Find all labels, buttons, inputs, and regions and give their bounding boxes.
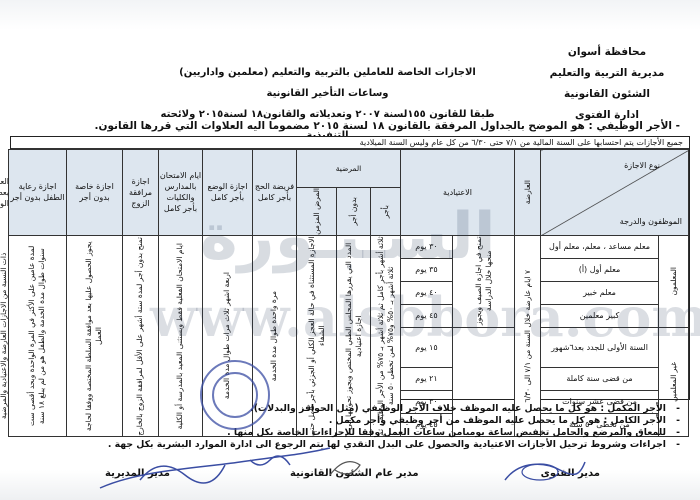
issuer-header: محافظة أسوان مديرية التربية والتعليم الش…	[542, 42, 672, 126]
legal-gm-signature-scribble-icon	[320, 430, 370, 490]
document-page: محافظة أسوان مديرية التربية والتعليم الش…	[0, 0, 700, 500]
grade-cell: معلم مساعد ، معلم، معلم أول	[541, 235, 659, 258]
header-sick-paid: بأجر	[371, 188, 401, 236]
leave-type-label: نوع الاجازة	[624, 160, 660, 171]
employees-grade-label: الموظفون والدرجة	[620, 216, 682, 227]
leave-grid: نوع الاجازة الموظفون والدرجة العارضة الا…	[8, 149, 689, 437]
header-spouse: اجازة مرافقة الزوج	[122, 150, 158, 236]
grade-cell: معلم خبير	[541, 281, 659, 304]
table-row: المعلمون معلم مساعد ، معلم، معلم أول ٧ ا…	[8, 235, 688, 258]
note-item: للمعاق والمرضع والحامل تخفيض ساعة يوميام…	[140, 427, 680, 439]
title-line-1: الاجازات الخاصة للعاملين بالتربية والتعل…	[160, 62, 495, 104]
header-childcare: اجازة رعاية الطفل بدون أجر	[8, 150, 66, 236]
header-sick-unpaid: بدون أجر	[337, 188, 371, 236]
regular-note-cell: تمنح في اجازة الصيف ويجوز منحها خلال الد…	[453, 235, 515, 327]
fatwa-signature-scribble-icon	[500, 450, 590, 495]
days-cell: ٣٠ يوم	[401, 235, 453, 258]
days-cell: ١٥ يوم	[401, 327, 453, 367]
header-sick-group: المرضية	[296, 150, 400, 188]
days-cell: ٤٠ يوم	[401, 281, 453, 304]
group-teachers: المعلمون	[659, 235, 689, 327]
table-banner: جميع الأجازات يتم احتسابها على السنة الم…	[11, 137, 689, 149]
days-cell: ٤٥ يوم	[401, 304, 453, 327]
directorate-name: مديرية التربية والتعليم	[542, 63, 672, 84]
header-exams: ايام الامتحان بالمدارس والكليات بأجر كام…	[158, 150, 202, 236]
grade-cell: كبير معلمين	[541, 304, 659, 327]
diagonal-header-cell: نوع الاجازة الموظفون والدرجة	[541, 150, 689, 236]
grade-cell: معلم أول (أ)	[541, 258, 659, 281]
header-maternity: اجازة الوضع بأجر كامل	[202, 150, 252, 236]
header-hajj: فريضة الحج بأجر كامل	[252, 150, 296, 236]
grade-cell: من قضى سنة كاملة	[541, 367, 659, 390]
header-regular: الاعتيادية	[401, 150, 515, 236]
grade-cell: السنة الأولى للجدد بعد٦شهور	[541, 327, 659, 367]
header-sick-chronic: المرض المزمن	[296, 188, 336, 236]
header-emergency: العارضة	[515, 150, 541, 236]
leave-table: جميع الأجازات يتم احتسابها على السنة الم…	[10, 136, 690, 400]
official-seal-icon	[200, 360, 270, 430]
childcare-cell: لمدة عامين على الأكثر في المرة الواحدة و…	[8, 235, 66, 436]
handwritten-signatures-icon	[80, 440, 340, 495]
governorate-name: محافظة أسوان	[542, 42, 672, 63]
days-cell: ٣٥ يوم	[401, 258, 453, 281]
days-cell: ٢١ يوم	[401, 367, 453, 390]
special-unpaid-cell: يجوز الحصول عليها بعد موافقة السلطة المخ…	[66, 235, 122, 436]
legal-affairs-name: الشئون القانونية	[542, 84, 672, 105]
intro-definition: - الأجر الوظيفي : هو الموضح بالجداول الم…	[0, 120, 680, 132]
header-special-unpaid: اجازة خاصة بدون أجر	[66, 150, 122, 236]
